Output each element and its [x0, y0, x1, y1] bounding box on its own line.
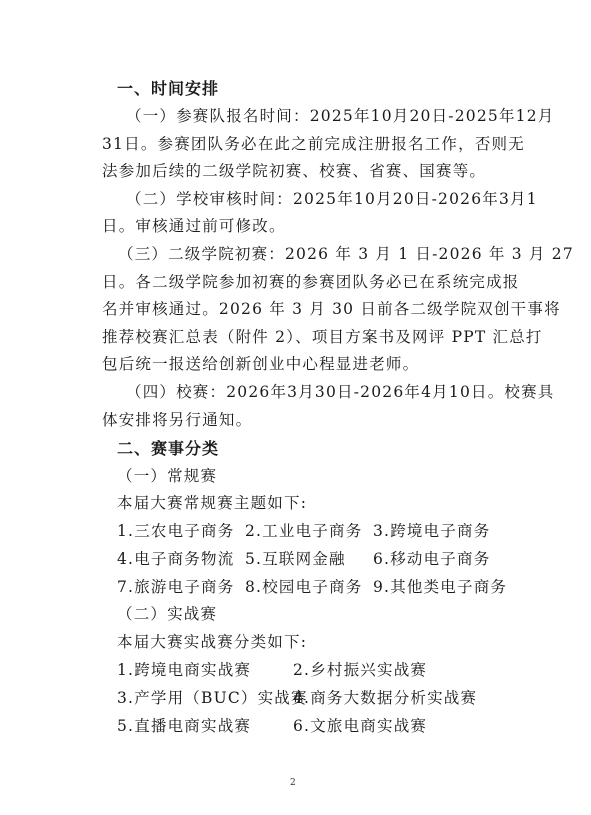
- paragraph-line: 推荐校赛汇总表（附件 2）、项目方案书及网评 PPT 汇总打: [102, 325, 543, 347]
- subsection-title-regular: （一）常规赛: [117, 464, 217, 486]
- subsection-title-practical: （二）实战赛: [117, 602, 217, 624]
- topic-item: 2.乡村振兴实战赛: [293, 658, 427, 680]
- paragraph-line: 名并审核通过。2026 年 3 月 30 日前各二级学院双创干事将: [102, 297, 561, 319]
- page-number: 2: [290, 778, 296, 788]
- regular-intro: 本届大赛常规赛主题如下:: [117, 491, 307, 513]
- regular-topics-row: 1.三农电子商务2.工业电子商务3.跨境电子商务: [117, 519, 490, 541]
- paragraph-line: 包后统一报送给创新创业中心程显进老师。: [102, 352, 419, 374]
- section-heading-categories: 二、赛事分类: [117, 436, 219, 459]
- topic-item: 6.文旅电商实战赛: [293, 714, 427, 736]
- practical-intro: 本届大赛实战赛分类如下:: [117, 630, 307, 652]
- topic-item: 7.旅游电子商务: [117, 575, 245, 597]
- topic-item: 9.其他类电子商务: [373, 575, 507, 597]
- regular-topics-row: 4.电子商务物流5.互联网金融6.移动电子商务: [117, 547, 490, 569]
- topic-item: 5.互联网金融: [245, 547, 373, 569]
- topic-item: 5.直播电商实战赛: [117, 714, 293, 736]
- paragraph-line: （一）参赛队报名时间：2025年10月20日-2025年12月: [126, 104, 555, 126]
- section-heading-schedule: 一、时间安排: [117, 76, 219, 99]
- paragraph-line: （三）二级学院初赛：2026 年 3 月 1 日-2026 年 3 月 27: [118, 242, 574, 264]
- topic-item: 4.电子商务物流: [117, 547, 245, 569]
- paragraph-line: 日。各二级学院参加初赛的参赛团队务必已在系统完成报: [102, 270, 520, 292]
- topic-item: 1.跨境电商实战赛: [117, 658, 293, 680]
- practical-topics-row: 5.直播电商实战赛6.文旅电商实战赛: [117, 714, 427, 736]
- topic-item: 2.工业电子商务: [245, 519, 373, 541]
- topic-item: 8.校园电子商务: [245, 575, 373, 597]
- topic-item: 1.三农电子商务: [117, 519, 245, 541]
- topic-item: 6.移动电子商务: [373, 547, 490, 569]
- topic-item: 3.产学用（BUC）实战赛: [117, 686, 293, 708]
- topic-item: 4.商务大数据分析实战赛: [293, 686, 477, 708]
- paragraph-line: 体安排将另行通知。: [102, 408, 252, 430]
- paragraph-line: 31日。参赛团队务必在此之前完成注册报名工作，否则无: [102, 132, 525, 154]
- paragraph-line: （二）学校审核时间：2025年10月20日-2026年3月1: [126, 187, 538, 209]
- paragraph-line: 日。审核通过前可修改。: [102, 214, 286, 236]
- topic-item: 3.跨境电子商务: [373, 519, 490, 541]
- paragraph-line: 法参加后续的二级学院初赛、校赛、省赛、国赛等。: [102, 159, 486, 181]
- paragraph-line: （四）校赛：2026年3月30日-2026年4月10日。校赛具: [126, 380, 555, 402]
- regular-topics-row: 7.旅游电子商务8.校园电子商务9.其他类电子商务: [117, 575, 507, 597]
- practical-topics-row: 3.产学用（BUC）实战赛4.商务大数据分析实战赛: [117, 686, 477, 708]
- practical-topics-row: 1.跨境电商实战赛2.乡村振兴实战赛: [117, 658, 427, 680]
